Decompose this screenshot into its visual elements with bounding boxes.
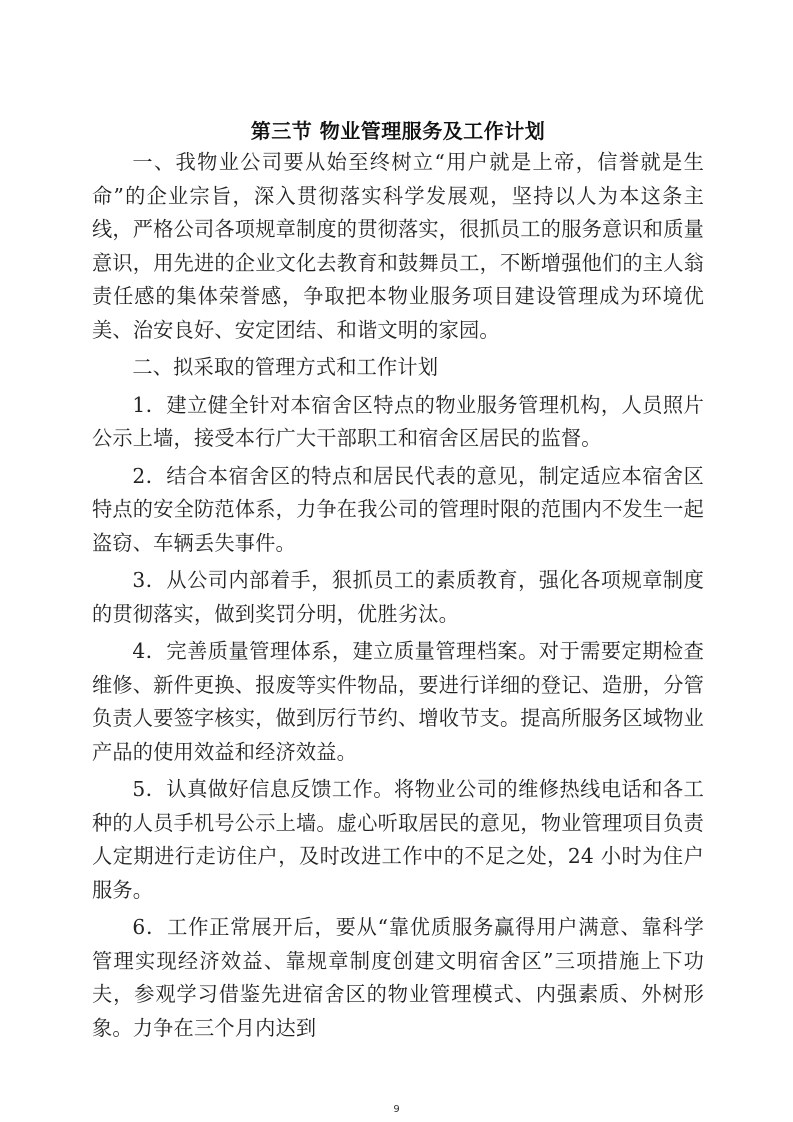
- paragraph-item-5: 5．认真做好信息反馈工作。将物业公司的维修热线电话和各工种的人员手机号公示上墙。…: [92, 773, 704, 907]
- section-title: 第三节 物业管理服务及工作计划: [92, 118, 704, 144]
- paragraph-item-2: 2．结合本宿舍区的特点和居民代表的意见，制定适应本宿舍区特点的安全防范体系，力争…: [92, 460, 704, 561]
- paragraph-management-plan-heading: 二、拟采取的管理方式和工作计划: [92, 351, 704, 385]
- paragraph-item-1: 1．建立健全针对本宿舍区特点的物业服务管理机构，人员照片公示上墙，接受本行广大干…: [92, 389, 704, 456]
- paragraph-company-mission: 一、我物业公司要从始至终树立“用户就是上帝，信誉就是生命”的企业宗旨，深入贯彻落…: [92, 146, 704, 347]
- document-page: 第三节 物业管理服务及工作计划 一、我物业公司要从始至终树立“用户就是上帝，信誉…: [92, 118, 704, 1049]
- page-number: 9: [0, 1104, 793, 1115]
- paragraph-item-3: 3．从公司内部着手，狠抓员工的素质教育，强化各项规章制度的贯彻落实，做到奖罚分明…: [92, 564, 704, 631]
- paragraph-item-4: 4．完善质量管理体系，建立质量管理档案。对于需要定期检查维修、新件更换、报废等实…: [92, 635, 704, 769]
- paragraph-item-6: 6．工作正常展开后，要从“靠优质服务赢得用户满意、靠科学管理实现经济效益、靠规章…: [92, 911, 704, 1045]
